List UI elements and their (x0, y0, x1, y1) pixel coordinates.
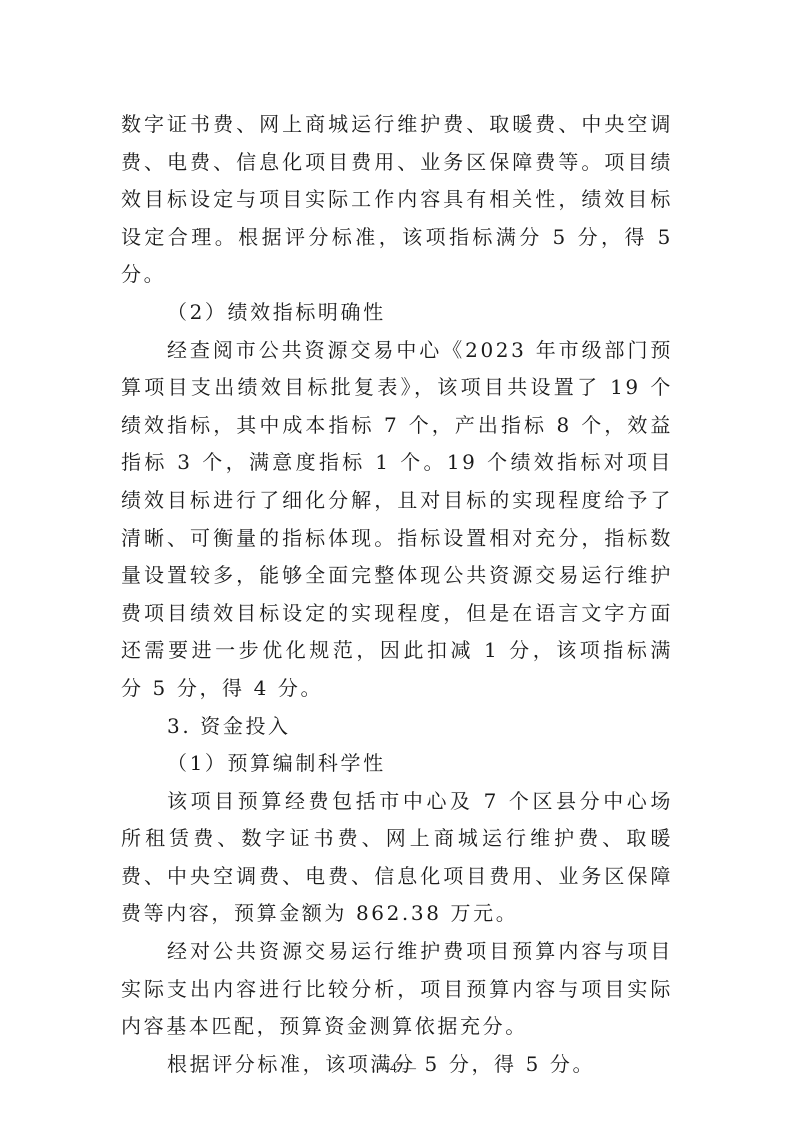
document-page: 数字证书费、网上商城运行维护费、取暖费、中央空调费、电费、信息化项目费用、业务区… (121, 106, 673, 1083)
paragraph-continuation: 数字证书费、网上商城运行维护费、取暖费、中央空调费、电费、信息化项目费用、业务区… (121, 106, 673, 294)
paragraph-indicator-review: 经查阅市公共资源交易中心《2023 年市级部门预算项目支出绩效目标批复表》，该项… (121, 332, 673, 708)
paragraph-budget-content: 该项目预算经费包括市中心及 7 个区县分中心场所租赁费、数字证书费、网上商城运行… (121, 783, 673, 933)
heading-budget-scientificity: （1）预算编制科学性 (121, 745, 673, 783)
paragraph-budget-comparison: 经对公共资源交易运行维护费项目预算内容与项目实际支出内容进行比较分析，项目预算内… (121, 933, 673, 1046)
page-number: —47— (0, 1060, 793, 1076)
heading-performance-indicator-clarity: （2）绩效指标明确性 (121, 294, 673, 332)
heading-fund-input: 3. 资金投入 (121, 708, 673, 746)
